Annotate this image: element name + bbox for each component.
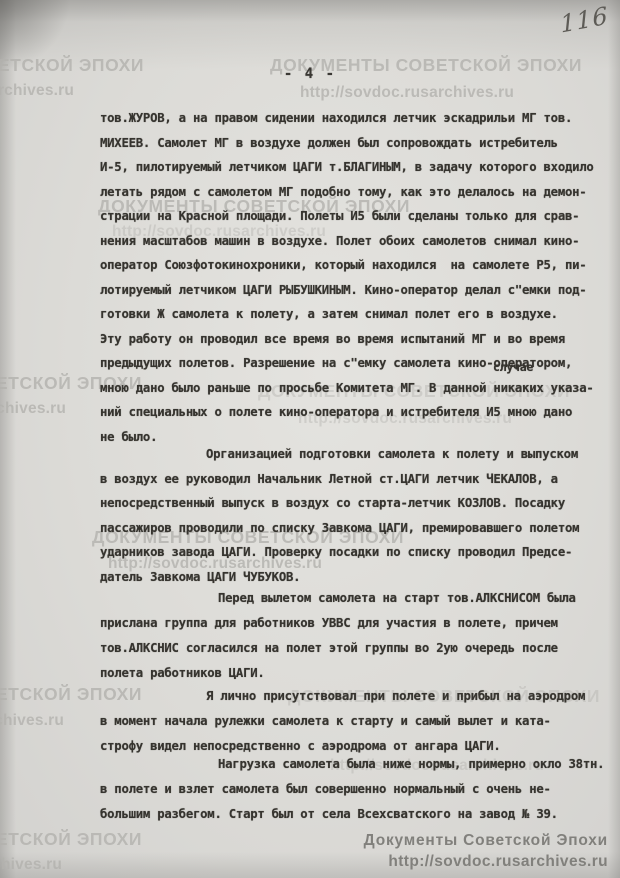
text-line: МИХЕЕВ. Самолет МГ в воздухе должен был … [100, 131, 615, 156]
text-line: И-5, пилотируемый летчиком ЦАГИ т.БЛАГИН… [100, 155, 615, 180]
paragraph: тов.ЖУРОВ, а на правом сидении находился… [100, 106, 615, 449]
handwritten-page-number: 116 [559, 1, 609, 38]
typed-page-number: - 4 - [0, 66, 620, 82]
text-line: страции на Красной площади. Полеты И5 бы… [100, 204, 615, 229]
text-line: Нагрузка самолета была ниже нормы, приме… [100, 752, 615, 777]
paragraph: Перед вылетом самолета на старт тов.АЛКС… [100, 586, 615, 686]
text-line: Эту работу он проводил все время во врем… [100, 327, 615, 352]
archive-credit-stamp: Документы Советской Эпохи http://sovdoc.… [364, 832, 608, 871]
text-line: пассажиров проводили по списку Завкома Ц… [100, 516, 615, 541]
watermark-text: ДОКУМЕНТЫ СОВЕТСКОЙ ЭПОХИ [0, 829, 142, 850]
text-line: нения масштабов машин в воздухе. Полет о… [100, 229, 615, 254]
watermark-url: http://sovdoc.rusarchives.ru [0, 856, 62, 874]
scanned-document-page: ДОКУМЕНТЫ СОВЕТСКОЙ ЭПОХИ http://sovdoc.… [0, 0, 620, 878]
text-line: Я лично присутствовал при полете и прибы… [100, 684, 615, 709]
text-line: прислана группа для работников УВВС для … [100, 611, 615, 636]
watermark-url: http://sovdoc.rusarchives.ru [0, 82, 74, 100]
paragraph: Организацией подготовки самолета к полет… [100, 442, 615, 589]
text-line: оператор Союзфотокинохроники, который на… [100, 253, 615, 278]
text-line: предыдущих полетов. Разрешение на с"емку… [100, 351, 615, 376]
text-line: готовки Ж самолета к полету, а затем сни… [100, 302, 615, 327]
archive-credit-url: http://sovdoc.rusarchives.ru [364, 853, 608, 871]
watermark-url: http://sovdoc.rusarchives.ru [300, 84, 514, 102]
text-line: ударников завода ЦАГИ. Проверку посадки … [100, 540, 615, 565]
watermark-url: http://sovdoc.rusarchives.ru [0, 712, 64, 730]
text-line: летать рядом с самолетом МГ подобно тому… [100, 180, 615, 205]
text-line: лотируемый летчиком ЦАГИ РЫБУШКИНЫМ. Кин… [100, 278, 615, 303]
text-line: тов.ЖУРОВ, а на правом сидении находился… [100, 106, 615, 131]
text-line: большим разбегом. Старт был от села Всех… [100, 802, 615, 827]
interlinear-insert-word: случае [493, 360, 533, 374]
watermark-url: http://sovdoc.rusarchives.ru [0, 400, 66, 418]
text-line: Организацией подготовки самолета к полет… [100, 442, 615, 467]
text-line: полета работников ЦАГИ. [100, 661, 615, 686]
text-line: в воздух ее руководил Начальник Летной с… [100, 467, 615, 492]
paragraph: Я лично присутствовал при полете и прибы… [100, 684, 615, 759]
text-line: тов.АЛКСНИС согласился на полет этой гру… [100, 636, 615, 661]
archive-credit-title: Документы Советской Эпохи [364, 832, 608, 850]
text-line: в полете и взлет самолета был совершенно… [100, 777, 615, 802]
paragraph: Нагрузка самолета была ниже нормы, приме… [100, 752, 615, 827]
text-line: мною дано было раньше по просьбе Комитет… [100, 376, 615, 401]
text-line: Перед вылетом самолета на старт тов.АЛКС… [100, 586, 615, 611]
text-line: ний специальных о полете кино-оператора … [100, 400, 615, 425]
text-line: в момент начала рулежки самолета к старт… [100, 709, 615, 734]
text-line: непосредственный выпуск в воздух со стар… [100, 491, 615, 516]
